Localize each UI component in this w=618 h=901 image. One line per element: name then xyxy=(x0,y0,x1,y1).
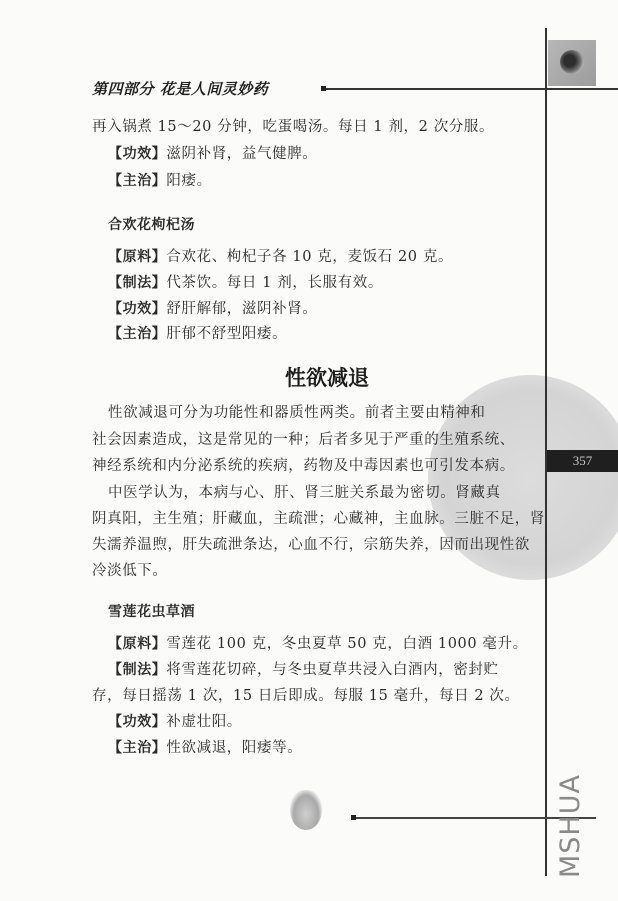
effect-tag: 【功效】 xyxy=(108,301,166,317)
effect-text: 补虚壮阳。 xyxy=(166,714,242,730)
paragraph-line: 神经系统和内分泌系统的疾病，药物及中毒因素也可引发本病。 xyxy=(92,459,515,474)
running-head: 第四部分 花是人间灵妙药 xyxy=(92,78,268,99)
indication-tag: 【主治】 xyxy=(108,173,166,189)
recipe-title: 合欢花枸杞汤 xyxy=(108,214,195,234)
effect-tag: 【功效】 xyxy=(108,714,166,730)
paragraph-line: 冷淡低下。 xyxy=(92,564,168,579)
method-text: 将雪莲花切碎，与冬虫夏草共浸入白酒内，密封贮 xyxy=(166,662,498,678)
effect-tag: 【功效】 xyxy=(108,146,166,162)
paragraph-line: 阴真阳，主生殖；肝藏血，主疏泄；心藏神，主血脉。三脏不足，肾 xyxy=(92,512,545,527)
continuation-text: 再入锅煮 15～20 分钟，吃蛋喝汤。每日 1 剂，2 次分服。 xyxy=(92,120,494,135)
indication-text: 阳痿。 xyxy=(166,173,211,189)
ingredients-text: 雪莲花 100 克，冬虫夏草 50 克，白酒 1000 毫升。 xyxy=(166,636,527,652)
effect-text: 滋阴补肾，益气健脾。 xyxy=(166,146,317,162)
method-tag: 【制法】 xyxy=(108,662,166,678)
shell-emblem-icon xyxy=(290,790,322,830)
page-number: 357 xyxy=(547,450,618,472)
indication-tag: 【主治】 xyxy=(108,326,166,342)
ingredients-tag: 【原料】 xyxy=(108,636,166,652)
recipe-method-continuation: 存，每日摇荡 1 次，15 日后即成。每服 15 毫升，每日 2 次。 xyxy=(92,689,520,704)
recipe-effect-line: 【功效】舒肝解郁，滋阴补肾。 xyxy=(108,302,317,317)
indication-text: 性欲减退，阳痿等。 xyxy=(166,740,302,756)
watermark: MSHUA xyxy=(555,788,595,878)
shell-icon xyxy=(560,50,584,74)
recipe-ingredients-line: 【原料】雪莲花 100 克，冬虫夏草 50 克，白酒 1000 毫升。 xyxy=(108,637,528,652)
paragraph-line: 社会因素造成，这是常见的一种；后者多见于严重的生殖系统、 xyxy=(92,433,515,448)
method-tag: 【制法】 xyxy=(108,275,166,291)
recipe-indication-line: 【主治】性欲减退，阳痿等。 xyxy=(108,741,302,756)
recipe-ingredients-line: 【原料】合欢花、枸杞子各 10 克，麦饭石 20 克。 xyxy=(108,250,453,265)
recipe-method-line: 【制法】代茶饮。每日 1 剂，长服有效。 xyxy=(108,276,383,291)
paragraph-line: 失濡养温煦，肝失疏泄条达，心血不行，宗筋失养，因而出现性欲 xyxy=(92,538,530,553)
effect-text: 舒肝解郁，滋阴补肾。 xyxy=(166,301,317,317)
ingredients-text: 合欢花、枸杞子各 10 克，麦饭石 20 克。 xyxy=(166,249,453,265)
indication-tag: 【主治】 xyxy=(108,740,166,756)
prev-indication-line: 【主治】阳痿。 xyxy=(108,174,212,189)
method-text: 代茶饮。每日 1 剂，长服有效。 xyxy=(166,275,383,291)
recipe-method-line: 【制法】将雪莲花切碎，与冬虫夏草共浸入白酒内，密封贮 xyxy=(108,663,499,678)
recipe-title: 雪莲花虫草酒 xyxy=(108,601,195,621)
indication-text: 肝郁不舒型阳痿。 xyxy=(166,326,287,342)
section-title: 性欲减退 xyxy=(0,362,618,392)
paragraph-line: 中医学认为，本病与心、肝、肾三脏关系最为密切。肾藏真 xyxy=(108,486,501,501)
ingredients-tag: 【原料】 xyxy=(108,249,166,265)
recipe-effect-line: 【功效】补虚壮阳。 xyxy=(108,715,242,730)
recipe-indication-line: 【主治】肝郁不舒型阳痿。 xyxy=(108,327,287,342)
paragraph-line: 性欲减退可分为功能性和器质性两类。前者主要由精神和 xyxy=(108,406,486,421)
prev-effect-line: 【功效】滋阴补肾，益气健脾。 xyxy=(108,147,317,162)
header-rule xyxy=(326,88,618,90)
